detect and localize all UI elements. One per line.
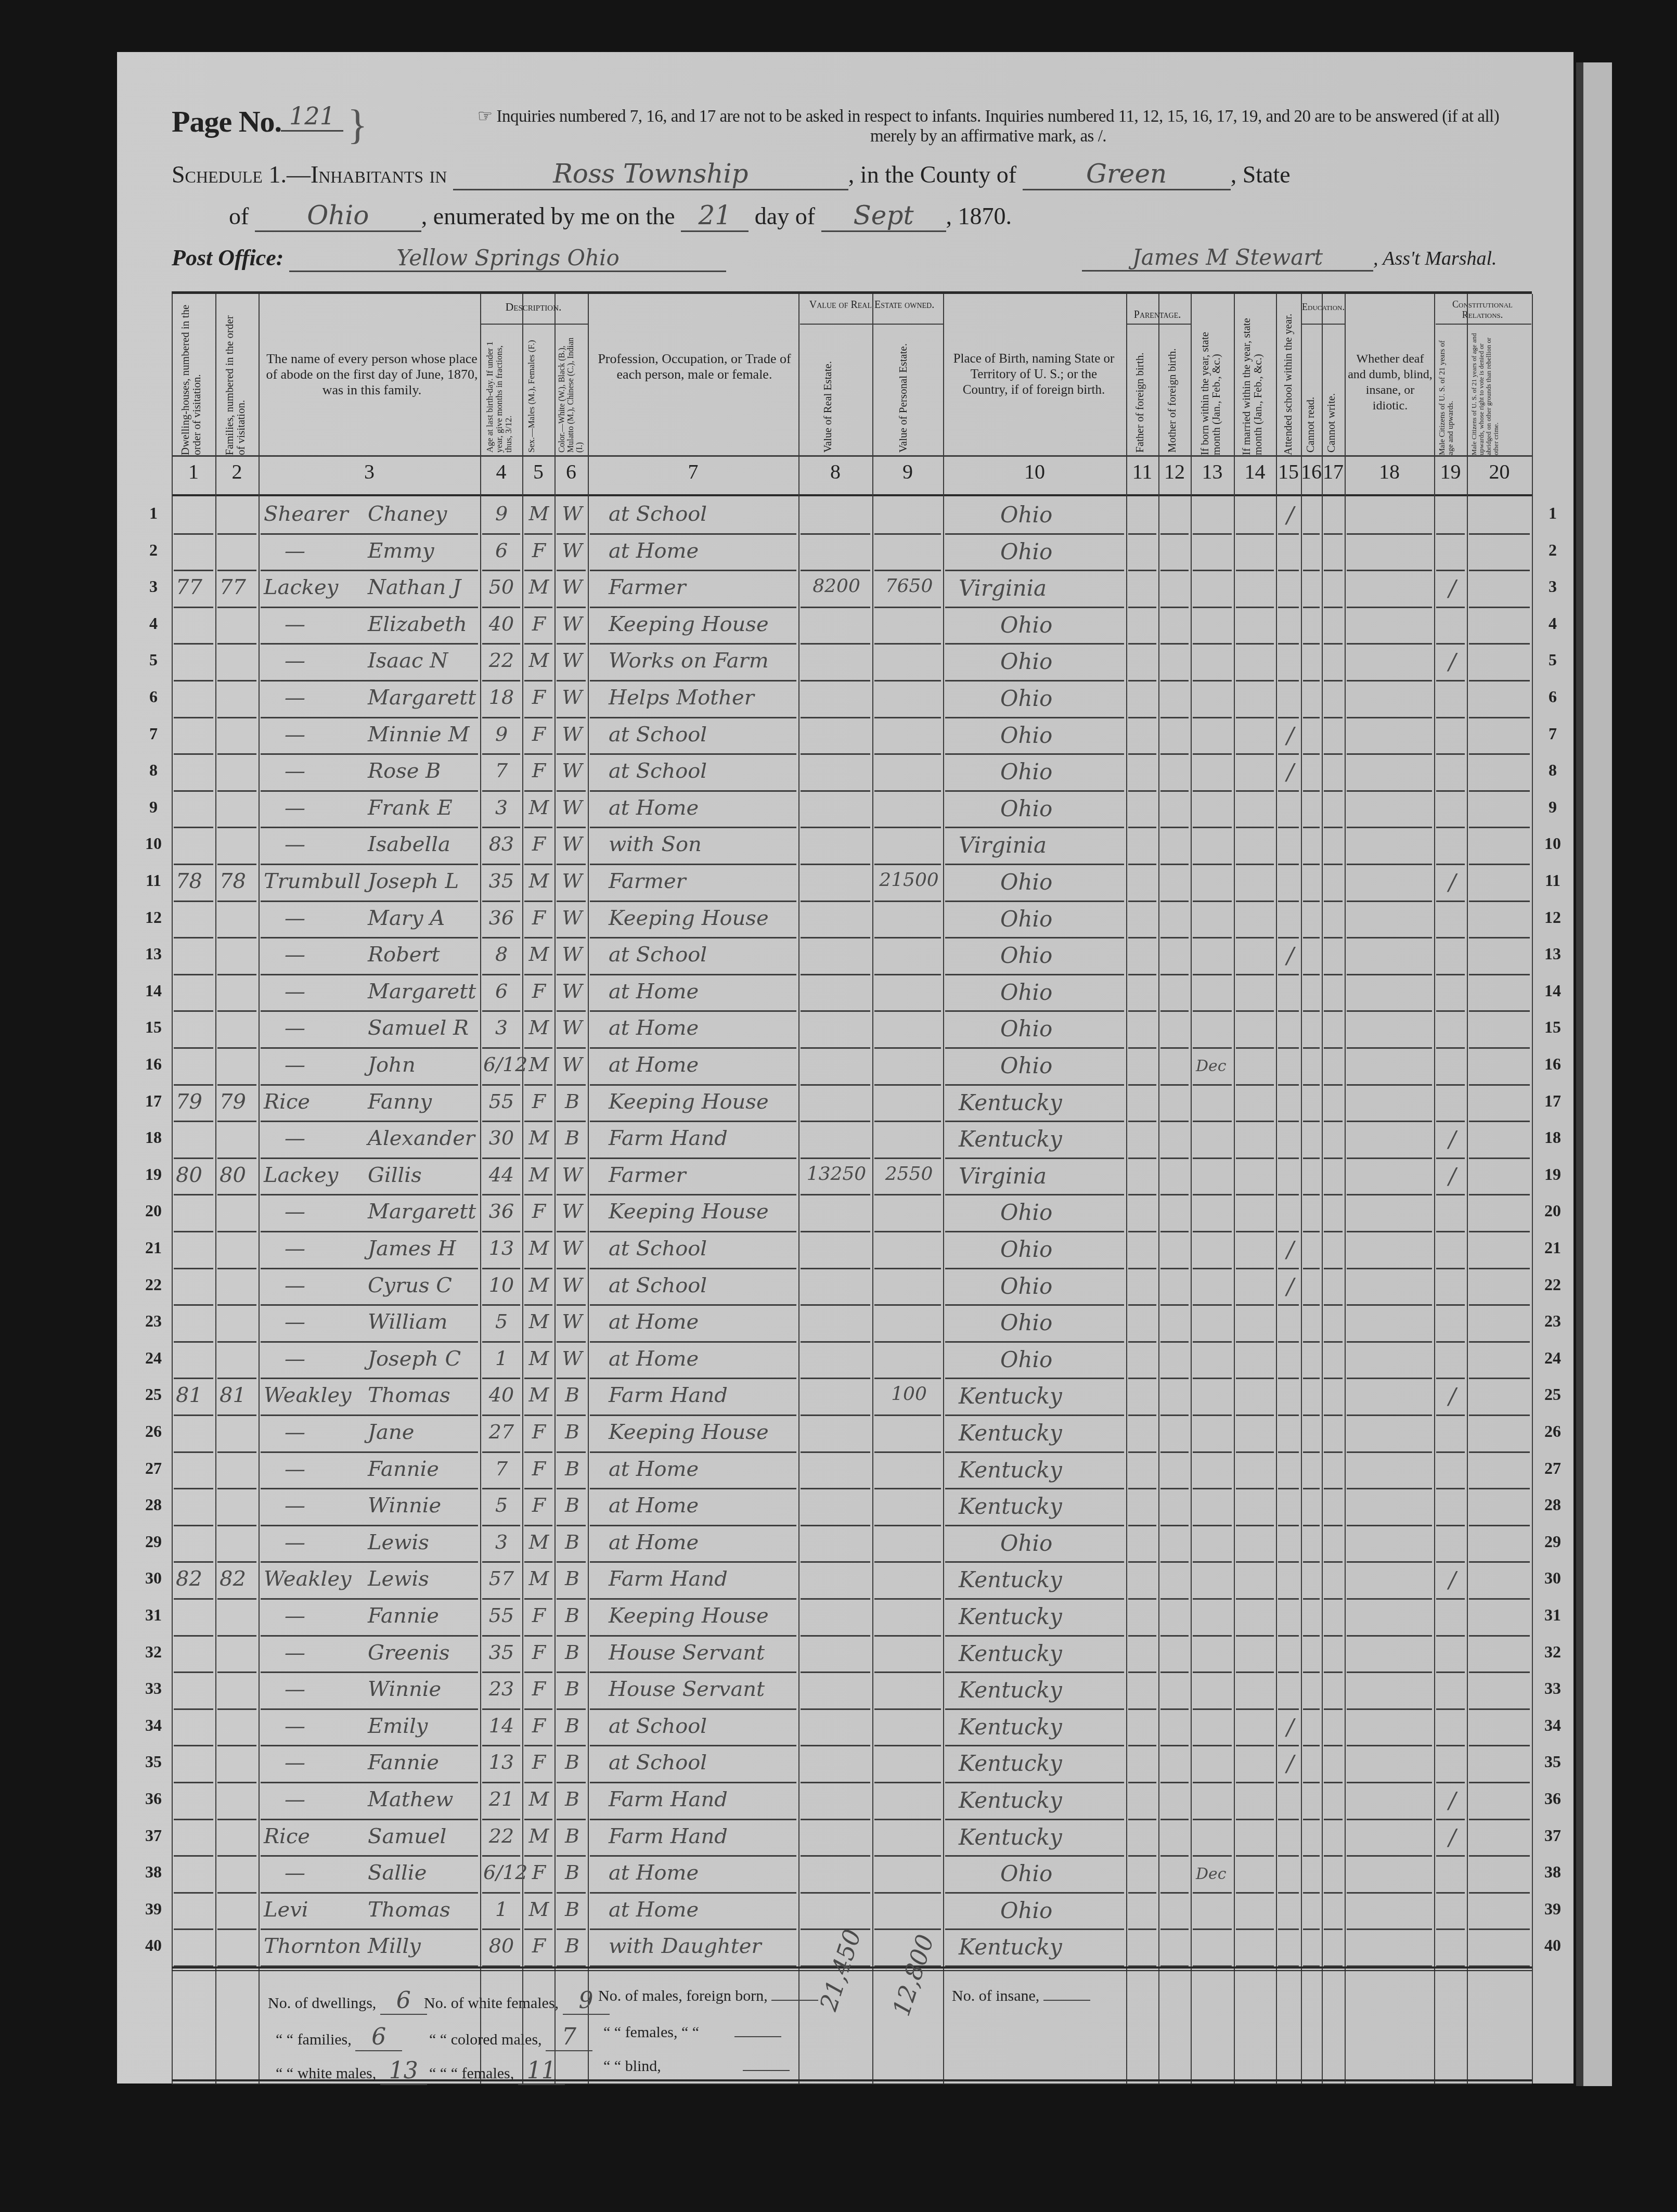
schedule-label: Schedule 1.—Inhabitants in (172, 161, 447, 188)
row-rule (524, 864, 552, 865)
row-rule (217, 643, 256, 645)
row-rule (1278, 607, 1299, 608)
row-rule (482, 1819, 520, 1820)
row-rule (1193, 901, 1232, 902)
surname: — (285, 1237, 368, 1261)
age: 21 (483, 1787, 520, 1810)
row-number-left: 8 (138, 761, 169, 780)
row-rule (1128, 864, 1156, 865)
row-number-left: 26 (138, 1422, 169, 1441)
column-rule (259, 294, 260, 2084)
row-rule (1469, 1635, 1530, 1637)
row-rule (945, 753, 1124, 755)
row-rule (482, 1341, 520, 1343)
row-rule (945, 1010, 1124, 1012)
row-number-right: 21 (1537, 1238, 1568, 1257)
row-rule (174, 1451, 213, 1453)
given-name: Isabella (368, 832, 482, 856)
age: 57 (483, 1567, 520, 1590)
row-rule (1436, 570, 1465, 571)
row-rule (1236, 570, 1274, 571)
row-rule (261, 901, 478, 902)
row-rule (1278, 1451, 1299, 1453)
row-rule (1436, 1488, 1465, 1489)
row-rule (174, 1414, 213, 1416)
color: B (558, 1383, 587, 1406)
column-number: 3 (259, 459, 480, 484)
row-rule (217, 753, 256, 755)
column-number: 2 (215, 459, 259, 484)
row-rule (261, 1304, 478, 1306)
row-rule (1303, 1671, 1320, 1673)
row-rule (1469, 1341, 1530, 1343)
row-rule (482, 974, 520, 975)
row-rule (1469, 1671, 1530, 1673)
page-no-label: Page No. (172, 104, 281, 139)
row-rule (1303, 570, 1320, 571)
sex: F (525, 1934, 552, 1957)
row-rule (1193, 1561, 1232, 1563)
row-rule (1278, 1671, 1299, 1673)
row-rule (801, 1341, 870, 1343)
place-of-birth: Ohio (1000, 869, 1167, 895)
column-number: 5 (522, 459, 554, 484)
dwelling-number: 79 (176, 1090, 212, 1114)
row-rule (1193, 1378, 1232, 1379)
row-rule (261, 533, 478, 535)
row-rule (1324, 1598, 1343, 1600)
row-rule (1160, 607, 1189, 608)
row-rule (524, 643, 552, 645)
age: 36 (483, 906, 520, 929)
row-rule (1436, 864, 1465, 865)
row-rule (590, 1782, 796, 1783)
sex: M (525, 502, 552, 525)
row-rule (557, 1782, 586, 1783)
row-rule (174, 607, 213, 608)
row-rule (1324, 1304, 1343, 1306)
place-of-birth: Ohio (1000, 1531, 1167, 1556)
occupation: at School (609, 502, 806, 526)
row-rule (174, 790, 213, 792)
row-rule (1324, 1708, 1343, 1710)
row-rule (1128, 1488, 1156, 1489)
col3-header: The name of every person whose place of … (265, 351, 479, 398)
row-number-right: 17 (1537, 1091, 1568, 1111)
surname: — (285, 1310, 368, 1334)
row-rule (1236, 1451, 1274, 1453)
row-rule (524, 1745, 552, 1746)
parentage-group-header: Parentage. (1126, 307, 1189, 323)
row-rule (1303, 1855, 1320, 1857)
row-rule (590, 1268, 796, 1269)
age: 83 (483, 832, 520, 855)
row-rule (1128, 1561, 1156, 1563)
row-rule (1160, 1928, 1189, 1930)
row-rule (482, 1525, 520, 1526)
row-rule (1193, 1414, 1232, 1416)
occupation: at Home (609, 1310, 806, 1334)
row-rule (1193, 827, 1232, 828)
place-of-birth: Kentucky (959, 1934, 1125, 1960)
given-name: Thomas (368, 1383, 482, 1407)
row-rule (1303, 607, 1320, 608)
age: 36 (483, 1200, 520, 1223)
col1-header: Dwelling-houses, numbered in the order o… (179, 304, 211, 455)
row-rule (1128, 1010, 1156, 1012)
row-rule (261, 643, 478, 645)
row-rule (557, 1341, 586, 1343)
given-name: Sallie (368, 1861, 482, 1885)
row-rule (874, 570, 941, 571)
row-rule (524, 1671, 552, 1673)
row-rule (874, 1782, 941, 1783)
row-rule (261, 1158, 478, 1159)
row-rule (1303, 901, 1320, 902)
row-number-right: 15 (1537, 1018, 1568, 1037)
column-rule (522, 294, 523, 2084)
row-rule (801, 864, 870, 865)
surname: — (285, 1604, 368, 1628)
column-number: 9 (872, 459, 943, 484)
place-of-birth: Kentucky (959, 1126, 1125, 1152)
color: W (558, 612, 587, 635)
row-rule (1324, 790, 1343, 792)
column-number: 12 (1158, 459, 1191, 484)
row-rule (1236, 1341, 1274, 1343)
row-rule (1469, 864, 1530, 865)
row-number-right: 40 (1537, 1936, 1568, 1955)
attended-school-mark: / (1281, 1237, 1299, 1262)
row-rule (1324, 1892, 1343, 1894)
row-rule (1128, 901, 1156, 902)
color: B (558, 1494, 587, 1516)
surname: — (285, 1053, 368, 1077)
row-rule (801, 1378, 870, 1379)
row-rule (261, 1635, 478, 1637)
surname: — (285, 1751, 368, 1774)
row-rule (1436, 680, 1465, 681)
row-rule (1303, 790, 1320, 792)
row-rule (1278, 1414, 1299, 1416)
row-rule (1128, 1084, 1156, 1086)
row-rule (945, 827, 1124, 828)
attended-school-mark: / (1281, 502, 1299, 528)
occupation: Farm Hand (609, 1824, 806, 1848)
row-rule (557, 1819, 586, 1820)
row-rule (1347, 643, 1432, 645)
row-rule (874, 1892, 941, 1894)
row-rule (945, 680, 1124, 681)
row-rule (1469, 1525, 1530, 1526)
row-rule (945, 974, 1124, 975)
row-number-right: 25 (1537, 1385, 1568, 1404)
col20-header: Male Citizens of U. S. of 21 years of ag… (1470, 330, 1528, 455)
row-rule (174, 1158, 213, 1159)
row-rule (1469, 717, 1530, 718)
row-rule (1436, 1231, 1465, 1232)
place-of-birth: Ohio (1000, 686, 1167, 711)
row-rule (945, 1414, 1124, 1416)
row-rule (1469, 753, 1530, 755)
row-rule (590, 1708, 796, 1710)
row-rule (1160, 901, 1189, 902)
row-rule (874, 1928, 941, 1930)
sex: F (525, 1604, 552, 1627)
row-rule (217, 1084, 256, 1086)
row-rule (524, 1084, 552, 1086)
row-rule (1303, 1231, 1320, 1232)
row-rule (1469, 680, 1530, 681)
column-number: 18 (1345, 459, 1434, 484)
row-rule (801, 1158, 870, 1159)
place-of-birth: Ohio (1000, 906, 1167, 932)
personal-estate-value: 2550 (876, 1163, 941, 1185)
col6-header: Color.—White (W.), Black (B.), Mulatto (… (558, 328, 587, 453)
color: W (558, 869, 587, 892)
row-rule (1347, 1451, 1432, 1453)
family-number: 78 (220, 869, 256, 893)
row-rule (524, 607, 552, 608)
surname: — (285, 832, 368, 856)
row-number-left: 29 (138, 1532, 169, 1551)
row-rule (1347, 901, 1432, 902)
row-rule (874, 1378, 941, 1379)
dwellings-value: 6 (380, 1987, 427, 2015)
row-rule (1436, 1451, 1465, 1453)
row-rule (174, 533, 213, 535)
row-rule (1236, 1819, 1274, 1820)
row-rule (217, 1488, 256, 1489)
surname: Weakley (264, 1567, 347, 1591)
row-rule (557, 607, 586, 608)
row-rule (874, 1084, 941, 1086)
row-rule (1278, 1121, 1299, 1122)
surname: — (285, 1531, 368, 1554)
row-rule (557, 1378, 586, 1379)
row-rule (590, 790, 796, 792)
occupation: Keeping House (609, 1090, 806, 1114)
row-rule (557, 790, 586, 792)
row-rule (1193, 1084, 1232, 1086)
col15-header: Attended school within the year. (1282, 304, 1299, 455)
row-rule (1160, 1561, 1189, 1563)
row-rule (874, 1598, 941, 1600)
row-number-right: 20 (1537, 1201, 1568, 1220)
row-rule (945, 901, 1124, 902)
row-rule (1436, 937, 1465, 938)
dwelling-number: 82 (176, 1567, 212, 1591)
occupation: at School (609, 1714, 806, 1738)
row-rule (1469, 1268, 1530, 1269)
row-rule (590, 1928, 796, 1930)
row-rule (482, 1304, 520, 1306)
row-rule (874, 1231, 941, 1232)
row-rule (482, 1378, 520, 1379)
color: W (558, 1016, 587, 1039)
row-rule (482, 753, 520, 755)
row-rule (874, 1194, 941, 1195)
row-rule (1236, 1782, 1274, 1783)
surname: — (285, 1494, 368, 1517)
summary-white-females: No. of white females, 9 (424, 1987, 610, 2015)
row-rule (1347, 1047, 1432, 1049)
age: 6 (483, 980, 520, 1002)
marshal-line: James M Stewart, Ass't Marshal. (1082, 245, 1497, 272)
row-rule (1278, 1488, 1299, 1489)
row-rule (174, 1231, 213, 1232)
row-rule (1193, 1488, 1232, 1489)
given-name: Samuel R (368, 1016, 482, 1040)
age: 80 (483, 1934, 520, 1957)
row-rule (557, 570, 586, 571)
dwelling-number: 80 (176, 1163, 212, 1187)
age: 1 (483, 1898, 520, 1921)
row-number-left: 2 (138, 541, 169, 560)
row-rule (1278, 1231, 1299, 1232)
color: B (558, 1787, 587, 1810)
place-of-birth: Ohio (1000, 980, 1167, 1005)
row-rule (524, 1010, 552, 1012)
row-rule (1303, 864, 1320, 865)
personal-estate-value: 21500 (876, 869, 941, 891)
row-number-left: 14 (138, 981, 169, 1000)
row-rule (1469, 1084, 1530, 1086)
row-rule (1278, 1855, 1299, 1857)
occupation: Keeping House (609, 1200, 806, 1224)
given-name: Milly (368, 1934, 482, 1958)
row-rule (174, 1304, 213, 1306)
row-rule (1236, 901, 1274, 902)
row-rule (1278, 1341, 1299, 1343)
row-rule (174, 1782, 213, 1783)
age: 9 (483, 502, 520, 525)
row-rule (524, 1268, 552, 1269)
summary-white-males: “ “ white males, 13 (276, 2057, 427, 2085)
row-rule (801, 974, 870, 975)
row-number-left: 40 (138, 1936, 169, 1955)
column-number: 7 (588, 459, 798, 484)
row-rule (217, 1378, 256, 1379)
row-rule (524, 790, 552, 792)
row-rule (1193, 1158, 1232, 1159)
given-name: Isaac N (368, 649, 482, 673)
row-rule (217, 1819, 256, 1820)
row-rule (801, 1121, 870, 1122)
occupation: at Home (609, 1531, 806, 1554)
row-rule (524, 570, 552, 571)
row-rule (874, 1819, 941, 1820)
row-rule (1128, 1341, 1156, 1343)
row-number-right: 28 (1537, 1495, 1568, 1514)
row-rule (557, 1414, 586, 1416)
row-rule (524, 1341, 552, 1343)
row-rule (557, 1488, 586, 1489)
row-rule (590, 1194, 796, 1195)
given-name: Winnie (368, 1677, 482, 1701)
color: B (558, 1677, 587, 1700)
row-rule (1303, 1268, 1320, 1269)
day-field: 21 (681, 200, 749, 232)
row-rule (174, 1047, 213, 1049)
row-rule (261, 1378, 478, 1379)
row-rule (1193, 1341, 1232, 1343)
row-rule (1347, 1525, 1432, 1526)
row-number-left: 31 (138, 1605, 169, 1625)
row-rule (1436, 643, 1465, 645)
row-number-left: 7 (138, 724, 169, 743)
family-number: 80 (220, 1163, 256, 1187)
males-foreign-label: No. of males, foreign born, (598, 1987, 768, 2004)
row-rule (1469, 1121, 1530, 1122)
color: W (558, 943, 587, 966)
col8-header: Value of Real Estate. (822, 328, 843, 453)
row-rule (217, 1047, 256, 1049)
surname: Trumbull (264, 869, 347, 893)
color: B (558, 1641, 587, 1664)
row-rule (524, 1892, 552, 1894)
column-rule (872, 294, 873, 2084)
row-rule (1193, 1855, 1232, 1857)
row-number-left: 39 (138, 1899, 169, 1919)
row-rule (1347, 1561, 1432, 1563)
row-number-right: 31 (1537, 1605, 1568, 1625)
row-rule (1160, 1671, 1189, 1673)
row-rule (1469, 1158, 1530, 1159)
row-rule (217, 1928, 256, 1930)
row-rule (1347, 1158, 1432, 1159)
row-rule (557, 1561, 586, 1563)
surname: — (285, 1274, 368, 1297)
row-rule (261, 680, 478, 681)
surname: — (285, 1861, 368, 1885)
row-rule (874, 827, 941, 828)
surname: — (285, 1420, 368, 1444)
row-rule (874, 1525, 941, 1526)
row-rule (1324, 533, 1343, 535)
surname: — (285, 1677, 368, 1701)
row-rule (1469, 1745, 1530, 1746)
row-rule (1436, 1414, 1465, 1416)
row-rule (801, 1010, 870, 1012)
row-rule (1128, 1304, 1156, 1306)
row-rule (557, 1121, 586, 1122)
row-rule (557, 901, 586, 902)
row-rule (261, 1084, 478, 1086)
male-citizen-mark: / (1439, 1126, 1465, 1152)
row-rule (217, 827, 256, 828)
row-rule (557, 1745, 586, 1746)
row-number-left: 11 (138, 871, 169, 890)
sex: F (525, 1200, 552, 1223)
row-rule (1303, 1708, 1320, 1710)
row-rule (1324, 1561, 1343, 1563)
row-rule (945, 607, 1124, 608)
row-rule (1128, 937, 1156, 938)
row-rule (1128, 1378, 1156, 1379)
color: W (558, 832, 587, 855)
row-rule (801, 1671, 870, 1673)
row-rule (1436, 533, 1465, 535)
row-rule (1160, 1268, 1189, 1269)
row-rule (801, 1525, 870, 1526)
row-rule (1193, 607, 1232, 608)
row-rule (1303, 1635, 1320, 1637)
row-rule (217, 974, 256, 975)
row-rule (801, 1745, 870, 1746)
age: 30 (483, 1126, 520, 1149)
row-number-right: 29 (1537, 1532, 1568, 1551)
